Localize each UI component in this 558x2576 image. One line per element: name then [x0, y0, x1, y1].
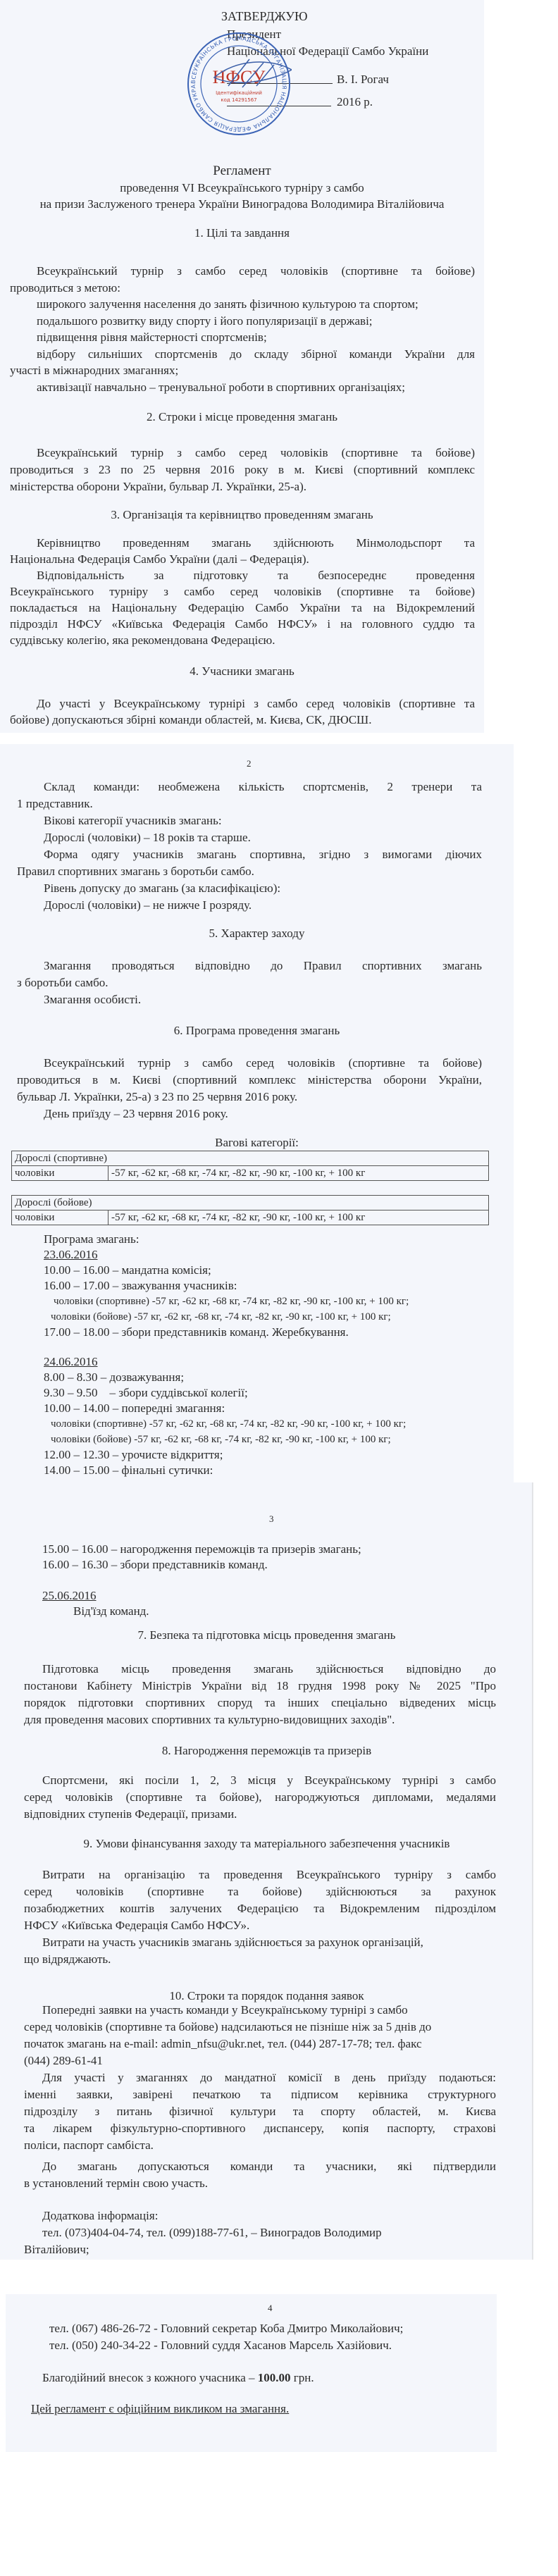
document-page-4: 4 тел. (067) 486-26-72 - Головний секрет…	[6, 2294, 497, 2452]
section-6-heading: 6. Програма проведення змагань	[0, 1023, 514, 1039]
day-2-date: 24.06.2016	[44, 1354, 98, 1370]
weight-table-combat: Дорослі (бойове) чоловіки-57 кг, -62 кг,…	[11, 1195, 489, 1225]
day-1-date: 23.06.2016	[44, 1247, 98, 1263]
approval-heading: ЗАТВЕРДЖУЮ	[221, 8, 307, 24]
contact-email-line: початок змагань на e-mail: admin_nfsu@uk…	[24, 2036, 422, 2052]
section-5-heading: 5. Характер заходу	[0, 926, 514, 941]
document-title: Регламент	[0, 163, 484, 179]
document-page-1: ЗАТВЕРДЖУЮ Президент Національної Федера…	[0, 0, 484, 733]
program-heading: Програма змагань:	[44, 1232, 139, 1247]
official-stamp-icon: ВСЕУКРАЇНСЬКА ГРОМАДСЬКА ОРГАНІЗАЦІЯ НАЦ…	[186, 31, 292, 137]
document-page-3: 3 15.00 – 16.00 – нагородження переможці…	[0, 1482, 533, 2260]
section-1-heading: 1. Цілі та завдання	[0, 225, 484, 241]
day-3-date: 25.06.2016	[42, 1588, 97, 1604]
section-10-heading: 10. Строки та порядок подання заявок	[0, 1988, 533, 2004]
page-number: 2	[247, 758, 252, 769]
approval-signatory: В. І. Рогач	[337, 72, 389, 87]
document-page-2: 2 Склад команди: необмежена кількість сп…	[0, 744, 514, 1482]
section-9-heading: 9. Умови фінансування заходу та матеріал…	[0, 1836, 533, 1852]
closing-statement: Цей регламент є офіційним викликом на зм…	[31, 2401, 289, 2417]
document-subtitle-2: на призи Заслуженого тренера України Вин…	[0, 197, 484, 212]
section-2-heading: 2. Строки і місце проведення змагань	[0, 409, 484, 425]
weight-table-sport: Дорослі (спортивне) чоловіки-57 кг, -62 …	[11, 1151, 489, 1181]
section-3-heading: 3. Організація та керівництво проведення…	[0, 507, 484, 523]
svg-text:Ідентифікаційний: Ідентифікаційний	[216, 90, 262, 96]
page-number: 3	[269, 1513, 274, 1525]
section-7-heading: 7. Безпека та підготовка місць проведенн…	[0, 1628, 533, 1643]
approval-year: 2016 р.	[337, 94, 373, 110]
weights-heading: Вагові категорії:	[0, 1135, 514, 1151]
svg-text:код 14291567: код 14291567	[221, 97, 256, 103]
document-subtitle: проведення VI Всеукраїнського турніру з …	[0, 180, 484, 196]
page-number: 4	[268, 2303, 273, 2314]
section-8-heading: 8. Нагородження переможців та призерів	[0, 1743, 533, 1759]
section-4-heading: 4. Учасники змагань	[0, 664, 484, 679]
participation-fee: Благодійний внесок з кожного учасника – …	[42, 2370, 314, 2386]
